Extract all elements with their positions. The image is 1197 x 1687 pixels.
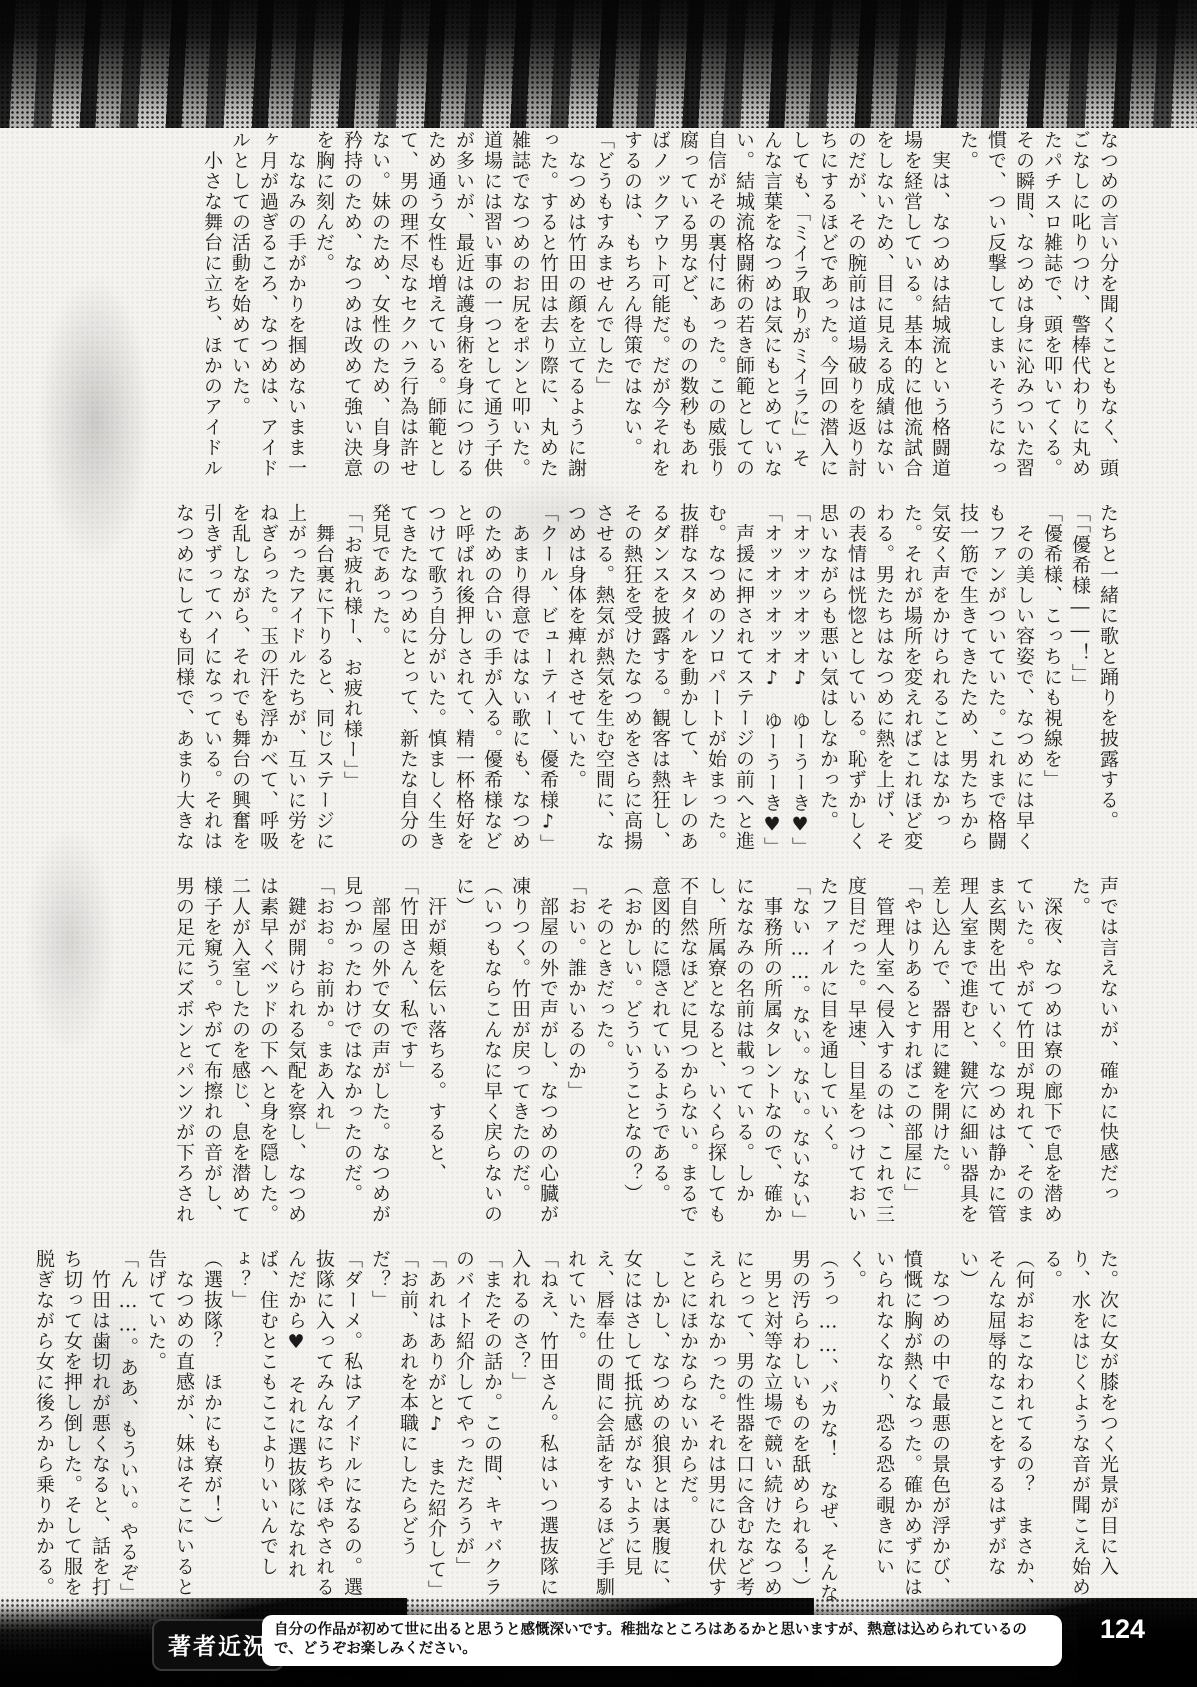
page-background: なつめの言い分を聞くこともなく、頭ごなしに叱りつけ、警棒代わりに丸めたパチスロ雑… [0,0,1197,1687]
text-paragraph: 実は、なつめは結城流という格闘道場を経営している。基本的に他流試合をしないため、… [618,130,954,486]
text-paragraph: 「クール、ビューティー、優希様♪」 [534,503,562,859]
page-number: 124 [1100,1614,1145,1645]
text-band-2: たちと一緒に歌と踊りを披露する。「「優希様――！」」「優希様、こっちにも視線を」… [124,503,1122,859]
text-paragraph: 深夜、なつめは寮の廊下で息を潜めていた。やがて竹田が現れて、そのまま玄関を出てい… [926,876,1066,1232]
header-halftone-art [0,0,1197,128]
text-paragraph: 「竹田さん、私です」 [394,876,422,1232]
text-paragraph: その美しい容姿で、なつめには早くもファンがついていた。これまで格闘技一筋で生きて… [814,503,1038,859]
text-paragraph: なつめの中で最悪の景色が浮かび、憤慨に胸が熱くなった。確かめずにはいられなくなり… [842,1249,954,1605]
text-paragraph: 「またその話か。この間、キャバクラのバイト紹介してやっただろうが」 [450,1249,506,1605]
text-paragraph: 部屋の外で女の声がした。なつめが見つかったわけではなかったのだ。 [338,876,394,1232]
text-paragraph: 鍵が開けられる気配を察し、なつめは素早くベッドの下へと身を隠した。二人が入室した… [170,876,310,1232]
text-paragraph: たちと一緒に歌と踊りを披露する。 [1094,503,1122,859]
text-paragraph: そのときだった。 [590,876,618,1232]
text-paragraph: 「おい。誰かいるのか」 [562,876,590,1232]
text-paragraph: 「オッオッオッオ♪ ゆーうーき♥」 [758,503,786,859]
text-paragraph: 汗が頬を伝い落ちる。すると、 [422,876,450,1232]
text-paragraph: 管理人室へ侵入するのは、これで三度目だった。早速、目星をつけておいたファイルに目… [814,876,898,1232]
text-paragraph: （いつもならこんなに早く戻らないのに） [450,876,506,1232]
text-paragraph: 「オッオッオッオ♪ ゆーうーき♥」 [786,503,814,859]
author-news-note: 自分の作品が初めて世に出ると思うと感慨深いです。稚拙なところはあるかと思いますが… [262,1615,1062,1666]
text-paragraph: 舞台裏に下りると、同じステージに上がったアイドルたちが、互いに労をねぎらった。玉… [170,503,338,859]
text-paragraph: 声では言えないが、確かに快感だった。 [1066,876,1122,1232]
text-paragraph: 「ない……。ない。ない。ないない」 [786,876,814,1232]
text-paragraph: 「「優希様――！」」 [1066,503,1094,859]
text-paragraph: 小さな舞台に立ち、ほかのアイドル [198,130,226,486]
text-paragraph: 「ん……。ああ、もういい。やるぞ」 [114,1249,142,1605]
text-paragraph: 「やはりあるとすればこの部屋に」 [898,876,926,1232]
halftone-cloud [10,790,130,1090]
text-paragraph: しかし、なつめの狼狽とは裏腹に、女にはさして抵抗感がないように見え、唇奉仕の間に… [562,1249,674,1605]
text-paragraph: 「優希様、こっちにも視線を」 [1038,503,1066,859]
text-paragraph: 部屋の外で声がし、なつめの心臓が凍りつく。竹田が戻ってきたのだ。 [506,876,562,1232]
text-paragraph: 「「お疲れ様ー、お疲れ様ー」」 [338,503,366,859]
text-paragraph: （おかしい。どういうことなの？） [618,876,646,1232]
text-paragraph: 男と対等な立場で競い続けたなつめにとって、男の性器を口に含むなど考えられなかった… [674,1249,786,1605]
text-paragraph: 「ねえ、竹田さん。私はいつ選抜隊に入れるのさ？」 [506,1249,562,1605]
text-paragraph: 「ダーメ。私はアイドルになるの。選抜隊に入ってみんなにちやほやされるんだから♥ … [226,1249,366,1605]
text-band-3: 声では言えないが、確かに快感だった。 深夜、なつめは寮の廊下で息を潜めていた。や… [124,876,1122,1232]
text-paragraph: （選抜隊？ ほかにも寮が！） [198,1249,226,1605]
text-paragraph: た。次に女が膝をつく光景が目に入り、水をはじくような音が聞こえ始める。 [1038,1249,1122,1605]
text-paragraph: あまり得意ではない歌にも、なつめのための合いの手が入る。優希様などと呼ばれ後押し… [366,503,534,859]
text-band-1: なつめの言い分を聞くこともなく、頭ごなしに叱りつけ、警棒代わりに丸めたパチスロ雑… [124,130,1122,486]
text-paragraph: なつめは竹田の顔を立てるように謝った。すると竹田は去り際に、丸めた雑誌でなつめの… [310,130,590,486]
text-paragraph: なつめの言い分を聞くこともなく、頭ごなしに叱りつけ、警棒代わりに丸めたパチスロ雑… [954,130,1122,486]
text-paragraph: 「お前、あれを本職にしたらどうだ？」 [366,1249,422,1605]
text-paragraph: 竹田は歯切れが悪くなると、話を打ち切って女を押し倒した。そして服を脱ぎながら女に… [30,1249,114,1605]
text-paragraph: （うっ……、バカな！ なぜ、そんな男の汚らわしいものを舐められる！） [786,1249,842,1605]
text-paragraph: 「おお。お前か。まあ入れ」 [310,876,338,1232]
text-paragraph: なつめの直感が、妹はそこにいると告げていた。 [142,1249,198,1605]
text-paragraph: 声援に押されてステージの前へと進む。なつめのソロパートが始まった。抜群なスタイル… [562,503,758,859]
text-paragraph: 「あれはありがと♪ また紹介して」 [422,1249,450,1605]
text-paragraph: 「どうもすみませんでした」 [590,130,618,486]
text-paragraph: （何がおこなわれてるの？ まさか、そんな屈辱的なことをするはずがない） [954,1249,1038,1605]
text-band-4: た。次に女が膝をつく光景が目に入り、水をはじくような音が聞こえ始める。（何がおこ… [124,1249,1122,1605]
text-paragraph: ななみの手がかりを掴めないまま一ヶ月が過ぎるころ、なつめは、アイドルとしての活動… [226,130,310,486]
text-paragraph: 事務所の所属タレントなので、確かにななみの名前は載っている。しかし、所属寮となる… [646,876,786,1232]
